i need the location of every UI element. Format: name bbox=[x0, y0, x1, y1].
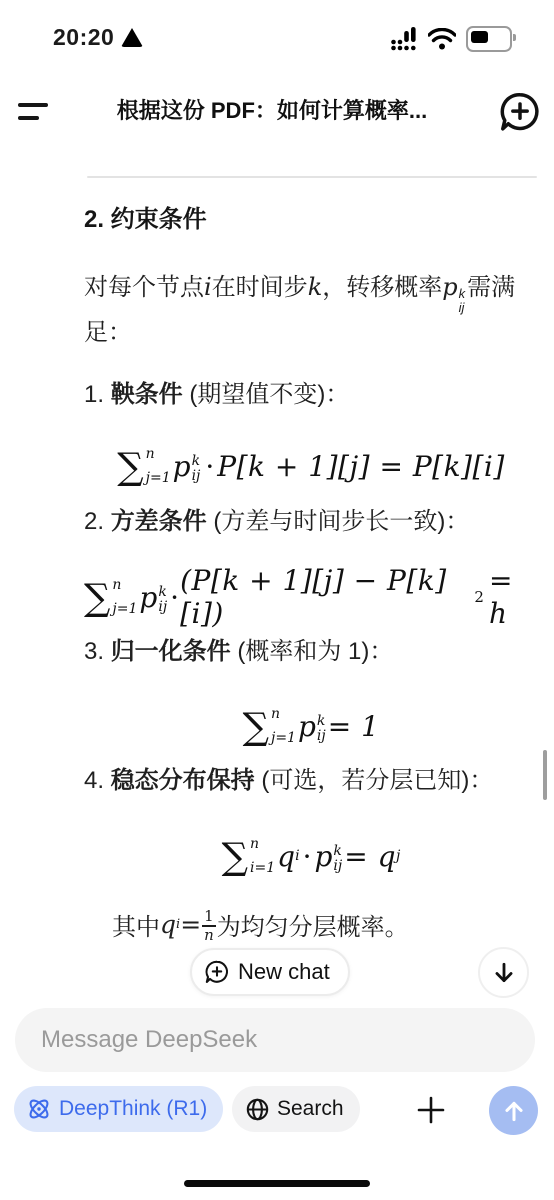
atom-icon bbox=[26, 1096, 52, 1122]
home-indicator[interactable] bbox=[184, 1180, 370, 1187]
deepthink-label: DeepThink (R1) bbox=[59, 1097, 207, 1121]
phone-screen: 20:20 根据这份 PDF：如何计算概率... bbox=[0, 0, 554, 1200]
formula-normalization: ∑nj=1 pkij = 1 bbox=[84, 700, 538, 752]
section-heading: 2. 约束条件 bbox=[84, 199, 538, 234]
sum-symbol: ∑ni=1 bbox=[222, 837, 278, 875]
plus-icon bbox=[415, 1094, 447, 1126]
send-arrow-icon bbox=[501, 1098, 527, 1124]
new-chat-button[interactable]: New chat bbox=[190, 948, 350, 996]
list-item-3: 3. 归一化条件 (概率和为 1)： bbox=[84, 631, 538, 666]
intro-paragraph: 对每个节点i在时间步k，转移概率pkij需满足： bbox=[84, 268, 538, 352]
search-toggle[interactable]: Search bbox=[232, 1086, 360, 1132]
fraction: 1n bbox=[202, 908, 216, 945]
arrow-down-icon bbox=[491, 960, 517, 986]
formula-stationary: ∑ni=1 qi · pkij = qj bbox=[84, 830, 538, 882]
chat-plus-icon bbox=[204, 959, 230, 985]
footnote: 其中qi=1n为均匀分层概率。 bbox=[112, 906, 409, 943]
p-superscript-subscript: kij bbox=[459, 287, 466, 316]
scroll-to-bottom-button[interactable] bbox=[478, 947, 529, 998]
formula-martingale: ∑nj=1 pkij · P[k + 1][j] = P[k][i] bbox=[84, 440, 538, 492]
attach-plus-button[interactable] bbox=[415, 1094, 447, 1126]
search-label: Search bbox=[277, 1097, 344, 1121]
sum-symbol: ∑nj=1 bbox=[84, 578, 139, 616]
list-item-2: 2. 方差条件 (方差与时间步长一致)： bbox=[84, 501, 538, 536]
new-chat-label: New chat bbox=[238, 959, 330, 985]
composer-toolbar: DeepThink (R1) Search bbox=[0, 1086, 554, 1136]
sum-symbol: ∑nj=1 bbox=[243, 707, 298, 745]
globe-icon bbox=[245, 1097, 270, 1122]
send-button[interactable] bbox=[489, 1086, 538, 1135]
sum-symbol: ∑nj=1 bbox=[117, 447, 172, 485]
list-item-4: 4. 稳态分布保持 (可选，若分层已知)： bbox=[84, 760, 538, 795]
formula-variance: ∑nj=1 pkij · (P[k + 1][j] − P[k][i])2 = … bbox=[84, 571, 538, 623]
assistant-message: 2. 约束条件 对每个节点i在时间步k，转移概率pkij需满足： 1. 鞅条件 … bbox=[0, 0, 554, 1000]
scrollbar-thumb[interactable] bbox=[543, 750, 547, 800]
deepthink-toggle[interactable]: DeepThink (R1) bbox=[14, 1086, 223, 1132]
message-input[interactable] bbox=[15, 1008, 535, 1072]
list-item-1: 1. 鞅条件 (期望值不变)： bbox=[84, 374, 538, 409]
